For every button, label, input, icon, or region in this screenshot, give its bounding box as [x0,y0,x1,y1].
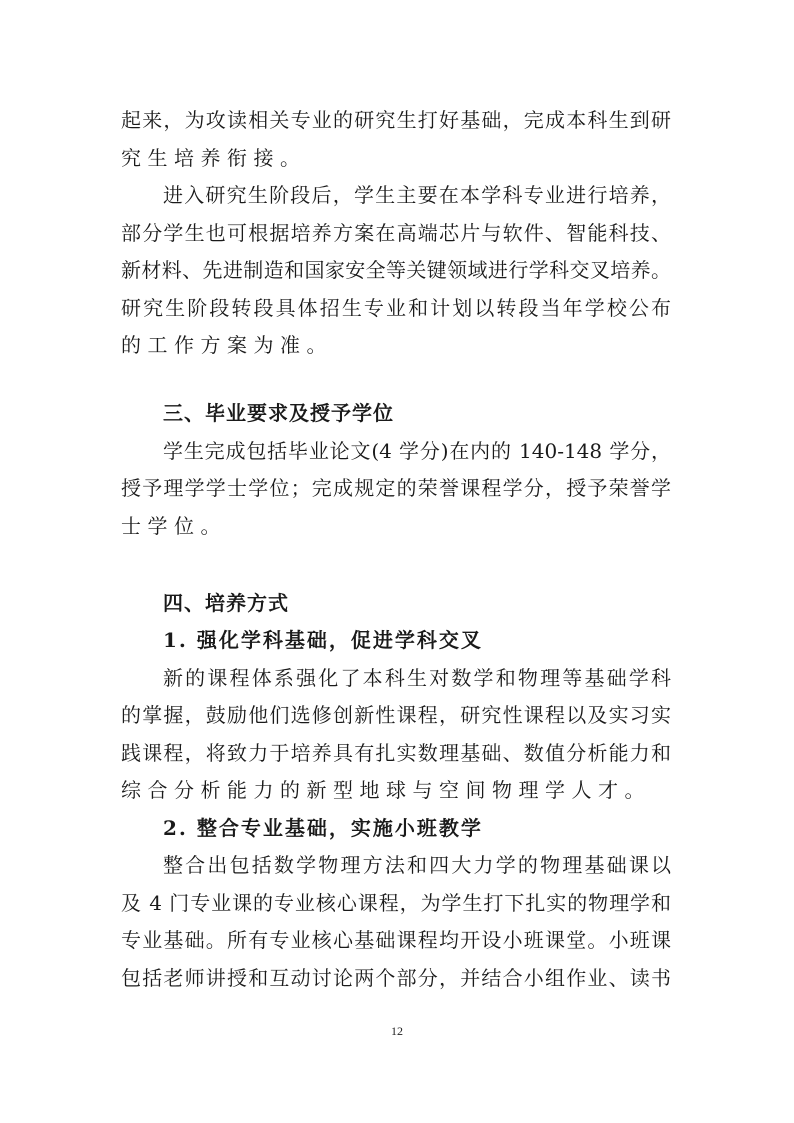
paragraph-line: 究生培养衔接。 [121,143,671,173]
paragraph-line: 的掌握，鼓励他们选修创新性课程，研究性课程以及实习实 [121,700,671,730]
paragraph-line: 研究生阶段转段具体招生专业和计划以转段当年学校公布 [121,293,671,323]
paragraph-line: 包括老师讲授和互动讨论两个部分，并结合小组作业、读书 [121,963,671,993]
section-heading: 三、毕业要求及授予学位 [163,398,671,428]
paragraph-line: 学生完成包括毕业论文(4 学分)在内的 140-148 学分， [163,436,671,466]
paragraph-line: 综合分析能力的新型地球与空间物理学人才。 [121,775,671,805]
paragraph-line: 授予理学学士学位；完成规定的荣誉课程学分，授予荣誉学 [121,473,671,503]
paragraph-line: 专业基础。所有专业核心基础课程均开设小班课堂。小班课 [121,925,671,955]
paragraph-line: 整合出包括数学物理方法和四大力学的物理基础课以 [163,850,671,880]
subsection-heading: 1. 强化学科基础，促进学科交叉 [163,625,671,655]
subsection-heading: 2. 整合专业基础，实施小班教学 [163,813,671,843]
paragraph-line: 的工作方案为准。 [121,330,671,360]
paragraph-line: 进入研究生阶段后，学生主要在本学科专业进行培养， [163,180,671,210]
section-heading: 四、培养方式 [163,588,671,618]
document-page: 起来，为攻读相关专业的研究生打好基础，完成本科生到研 究生培养衔接。 进入研究生… [0,0,794,1123]
paragraph-line: 践课程，将致力于培养具有扎实数理基础、数值分析能力和 [121,738,671,768]
paragraph-line: 及 4 门专业课的专业核心课程，为学生打下扎实的物理学和 [121,888,671,918]
paragraph-line: 新材料、先进制造和国家安全等关键领域进行学科交叉培养。 [121,255,671,285]
paragraph-line: 新的课程体系强化了本科生对数学和物理等基础学科 [163,663,671,693]
paragraph-line: 士学位。 [121,511,671,541]
paragraph-line: 起来，为攻读相关专业的研究生打好基础，完成本科生到研 [121,105,671,135]
page-number: 12 [0,1024,794,1039]
paragraph-line: 部分学生也可根据培养方案在高端芯片与软件、智能科技、 [121,218,671,248]
